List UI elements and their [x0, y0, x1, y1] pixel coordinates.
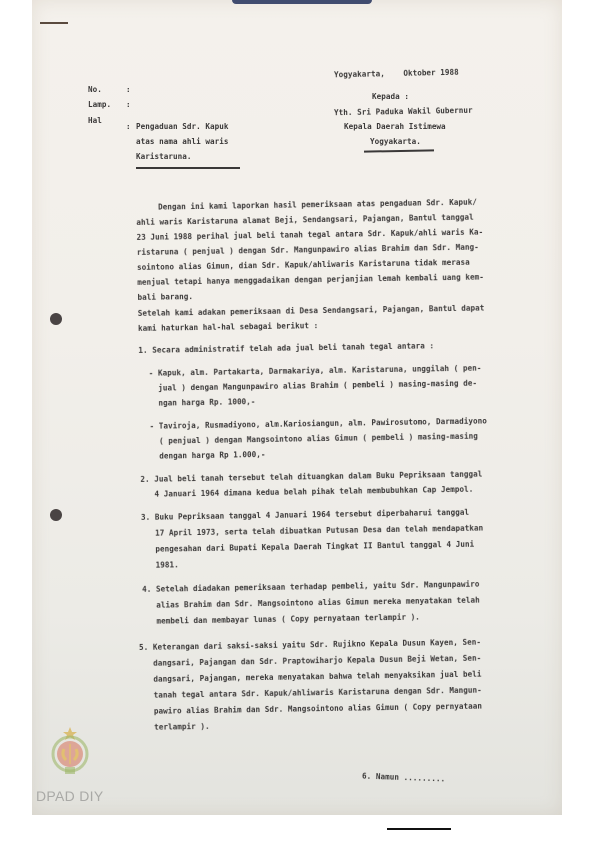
staple-mark — [40, 22, 68, 24]
intro-line: bali barang. — [137, 289, 193, 305]
hal-line-1: Pengaduan Sdr. Kapuk — [136, 119, 228, 134]
hal-underline — [136, 167, 240, 169]
bottom-rule — [387, 828, 451, 830]
recipient-line-3: Kepala Daerah Istimewa — [344, 119, 446, 134]
lamp-label: Lamp. — [88, 97, 111, 112]
item-1-sub-2-line: dengan harga Rp 1.000,- — [150, 447, 266, 464]
hal-label: Hal — [88, 113, 102, 128]
item-4-line: membeli dan membayar lunas ( Copy pernya… — [143, 610, 421, 629]
dpad-diy-emblem-icon — [50, 727, 90, 779]
recipient-line-1: Kepada : — [372, 89, 409, 104]
item-3-line: 1981. — [142, 557, 179, 573]
item-5-line: terlampir ). — [140, 719, 210, 735]
punch-hole-top — [50, 313, 62, 325]
no-label: No. — [88, 82, 102, 97]
hal-line-2: atas nama ahli waris — [136, 134, 228, 149]
punch-hole-bottom — [50, 509, 62, 521]
watermark-text: DPAD DIY — [36, 788, 104, 804]
after-line: kami haturkan hal-hal sebagai berikut : — [138, 318, 318, 336]
scan-edge-shadow — [232, 0, 372, 4]
scanned-letter-page: No. : Lamp. : Hal : Pengaduan Sdr. Kapuk… — [32, 0, 562, 815]
hal-line-3: Karistaruna. — [136, 149, 191, 164]
hal-colon: : — [126, 119, 131, 134]
no-colon: : — [126, 82, 131, 97]
lamp-colon: : — [126, 97, 131, 112]
place-date: Yogyakarta, Oktober 1988 — [334, 65, 459, 83]
recipient-underline — [364, 149, 434, 152]
continuation-marker: 6. Namun ......... — [362, 769, 446, 787]
item-1-line: 1. Secara administratif telah ada jual b… — [138, 338, 434, 358]
recipient-line-4: Yogyakarta. — [370, 134, 421, 149]
recipient-line-2: Yth. Sri Paduka Wakil Gubernur — [334, 103, 473, 120]
item-1-sub-1-line: ngan harga Rp. 1000,- — [149, 394, 256, 411]
